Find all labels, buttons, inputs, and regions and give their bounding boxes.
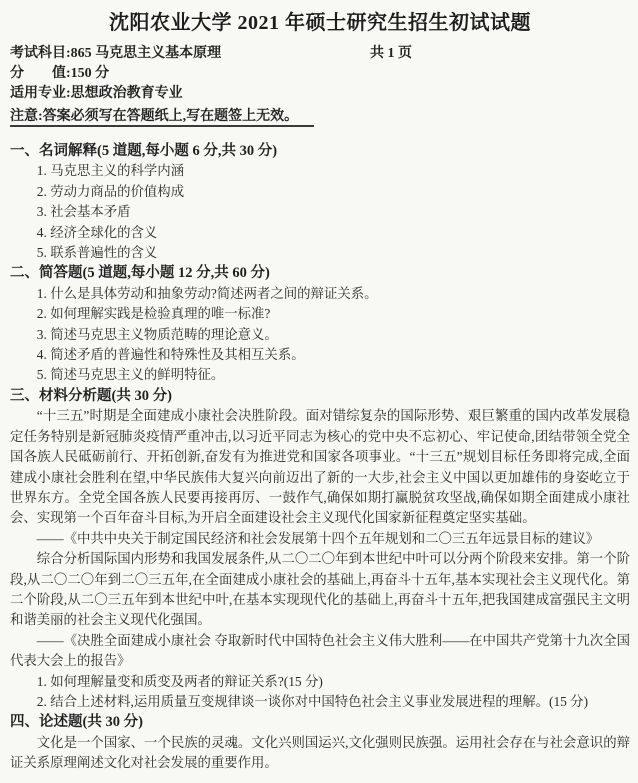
- question-item: 5. 联系普遍性的含义: [10, 243, 630, 263]
- material-paragraph: “十三五”时期是全面建成小康社会决胜阶段。面对错综复杂的国际形势、艰巨繁重的国内…: [10, 406, 630, 528]
- score-line: 分 值:150 分: [10, 64, 630, 84]
- exam-paper: 沈阳农业大学 2021 年硕士研究生招生初试试题 考试科目:865 马克思主义基…: [0, 0, 638, 783]
- section-material-analysis: 三、材料分析题(共 30 分) “十三五”时期是全面建成小康社会决胜阶段。面对错…: [10, 386, 630, 713]
- notice-line: 注意:答案必须写在答题纸上,写在题签上无效。: [10, 106, 630, 127]
- page-title: 沈阳农业大学 2021 年硕士研究生招生初试试题: [10, 10, 630, 36]
- question-item: 1. 什么是具体劳动和抽象劳动?简述两者之间的辩证关系。: [10, 284, 630, 304]
- page-count: 共 1 页: [370, 44, 412, 64]
- score-text: 分 值:150 分: [10, 66, 109, 81]
- question-item: 3. 简述马克思主义物质范畴的理论意义。: [10, 325, 630, 345]
- section-heading: 一、名词解释(5 道题,每小题 6 分,共 30 分): [10, 141, 630, 161]
- question-item: 2. 劳动力商品的价值构成: [10, 182, 630, 202]
- question-item: 1. 马克思主义的科学内涵: [10, 161, 630, 181]
- section-heading: 三、材料分析题(共 30 分): [10, 386, 630, 406]
- essay-paragraph: 文化是一个国家、一个民族的灵魂。文化兴则国运兴,文化强则民族强。运用社会存在与社…: [10, 733, 630, 774]
- question-item: 4. 经济全球化的含义: [10, 223, 630, 243]
- question-item: 5. 简述马克思主义的鲜明特征。: [10, 365, 630, 385]
- question-item: 4. 简述矛盾的普遍性和特殊性及其相互关系。: [10, 345, 630, 365]
- major-text: 适用专业:思想政治教育专业: [10, 86, 183, 101]
- question-item: 2. 如何理解实践是检验真理的唯一标准?: [10, 304, 630, 324]
- question-item: 2. 结合上述材料,运用质量互变规律谈一谈你对中国特色社会主义事业发展进程的理解…: [10, 692, 630, 712]
- section-heading: 二、简答题(5 道题,每小题 12 分,共 60 分): [10, 263, 630, 283]
- section-short-answer: 二、简答题(5 道题,每小题 12 分,共 60 分) 1. 什么是具体劳动和抽…: [10, 263, 630, 385]
- question-item: 3. 社会基本矛盾: [10, 202, 630, 222]
- subject-text: 考试科目:865 马克思主义基本原理: [10, 46, 221, 61]
- question-item: 1. 如何理解量变和质变及两者的辩证关系?(15 分): [10, 672, 630, 692]
- material-source: ——《中共中央关于制定国民经济和社会发展第十四个五年规划和二〇三五年远景目标的建…: [10, 529, 630, 549]
- material-paragraph: 综合分析国际国内形势和我国发展条件,从二〇二〇年到本世纪中叶可以分两个阶段来安排…: [10, 549, 630, 631]
- section-term-definitions: 一、名词解释(5 道题,每小题 6 分,共 30 分) 1. 马克思主义的科学内…: [10, 141, 630, 263]
- exam-meta: 考试科目:865 马克思主义基本原理 共 1 页 分 值:150 分 适用专业:…: [10, 44, 630, 127]
- notice-text: 注意:答案必须写在答题纸上,写在题签上无效。: [10, 109, 314, 127]
- subject-line: 考试科目:865 马克思主义基本原理 共 1 页: [10, 44, 630, 64]
- section-heading: 四、论述题(共 30 分): [10, 712, 630, 732]
- section-essay: 四、论述题(共 30 分) 文化是一个国家、一个民族的灵魂。文化兴则国运兴,文化…: [10, 712, 630, 773]
- major-line: 适用专业:思想政治教育专业: [10, 84, 630, 104]
- material-source: ——《决胜全面建成小康社会 夺取新时代中国特色社会主义伟大胜利——在中国共产党第…: [10, 631, 630, 672]
